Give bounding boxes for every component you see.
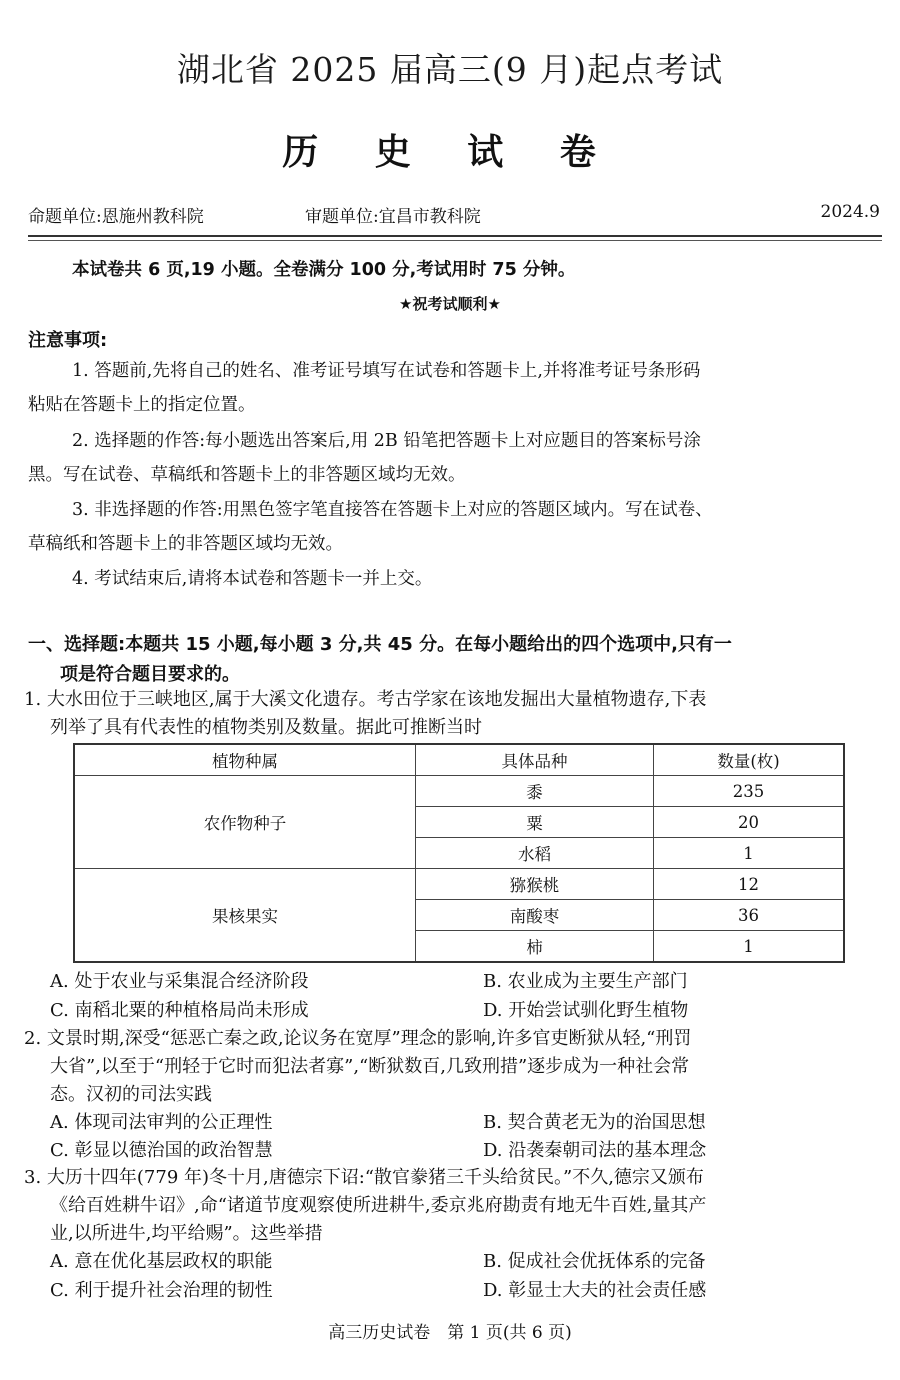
page-footer: 高三历史试卷 第 1 页(共 6 页) — [0, 1318, 900, 1343]
q3-option-d[interactable]: D. 彰显士大夫的社会责任感 — [483, 1276, 706, 1302]
table-cell: 柿 — [416, 931, 654, 963]
notice-item-1: 1. 答题前,先将自己的姓名、准考证号填写在试卷和答题卡上,并将准考证号条形码 … — [28, 354, 874, 422]
notice-item-text: 3. 非选择题的作答:用黑色签字笔直接答在答题卡上对应的答题区域内。写在试卷、 — [72, 500, 713, 520]
review-unit: 审题单位:宜昌市教科院 — [305, 202, 481, 227]
section-heading: 一、选择题:本题共 15 小题,每小题 3 分,共 45 分。在每小题给出的四个… — [28, 630, 874, 690]
notice-item-text: 1. 答题前,先将自己的姓名、准考证号填写在试卷和答题卡上,并将准考证号条形码 — [72, 361, 700, 381]
question-stem: 大省”,以至于“刑轻于它时而犯法者寡”,“断狱数百,几致刑措”逐步成为一种社会常 — [24, 1053, 874, 1081]
table-cell: 12 — [654, 869, 845, 900]
question-stem: 态。汉初的司法实践 — [24, 1081, 874, 1109]
q1-option-d[interactable]: D. 开始尝试驯化野生植物 — [483, 996, 688, 1022]
table-header-row: 植物种属 具体品种 数量(枚) — [74, 744, 844, 776]
q2-option-b[interactable]: B. 契合黄老无为的治国思想 — [483, 1108, 706, 1134]
table-header: 植物种属 — [74, 744, 416, 776]
question-2: 2. 文景时期,深受“惩恶亡秦之政,论议务在宽厚”理念的影响,许多官吏断狱从轻,… — [24, 1025, 874, 1109]
exam-title: 湖北省 2025 届高三(9 月)起点考试 — [0, 44, 900, 91]
question-3: 3. 大历十四年(779 年)冬十月,唐德宗下诏:“散官豢猪三千头给贫民。”不久… — [24, 1164, 874, 1248]
notice-item-3: 3. 非选择题的作答:用黑色签字笔直接答在答题卡上对应的答题区域内。写在试卷、 … — [28, 493, 874, 561]
notice-item-text: 黑。写在试卷、草稿纸和答题卡上的非答题区域均无效。 — [28, 458, 874, 492]
table-cell: 南酸枣 — [416, 900, 654, 931]
question-stem: 《给百姓耕牛诏》,命“诸道节度观察使所进耕牛,委京兆府勘责有地无牛百姓,量其产 — [24, 1192, 874, 1220]
exam-subject-title: 历 史 试 卷 — [0, 124, 900, 175]
q1-option-a[interactable]: A. 处于农业与采集混合经济阶段 — [50, 967, 308, 993]
section-heading-line: 一、选择题:本题共 15 小题,每小题 3 分,共 45 分。在每小题给出的四个… — [28, 630, 874, 660]
table-cell: 1 — [654, 838, 845, 869]
table-cell: 粟 — [416, 807, 654, 838]
q2-option-d[interactable]: D. 沿袭秦朝司法的基本理念 — [483, 1136, 706, 1162]
table-cell: 水稻 — [416, 838, 654, 869]
question-stem: 列举了具有代表性的植物类别及数量。据此可推断当时 — [24, 714, 874, 742]
table-cell: 235 — [654, 776, 845, 807]
q2-option-c[interactable]: C. 彰显以德治国的政治智慧 — [50, 1136, 273, 1162]
q3-option-a[interactable]: A. 意在优化基层政权的职能 — [50, 1247, 272, 1273]
table-cell-category: 农作物种子 — [74, 776, 416, 869]
question-1: 1. 大水田位于三峡地区,属于大溪文化遗存。考古学家在该地发掘出大量植物遗存,下… — [24, 686, 874, 742]
table-header: 数量(枚) — [654, 744, 845, 776]
question-stem: 业,以所进牛,均平给赐”。这些举措 — [24, 1220, 874, 1248]
header-divider-thin — [28, 240, 882, 241]
notice-item-text: 粘贴在答题卡上的指定位置。 — [28, 388, 874, 422]
table-row: 果核果实 猕猴桃 12 — [74, 869, 844, 900]
notice-title: 注意事项: — [28, 326, 107, 352]
q3-option-b[interactable]: B. 促成社会优抚体系的完备 — [483, 1247, 706, 1273]
notice-item-4: 4. 考试结束后,请将本试卷和答题卡一并上交。 — [28, 562, 874, 596]
exam-meta: 命题单位:恩施州教科院 审题单位:宜昌市教科院 2024.9 — [28, 202, 880, 227]
table-cell: 20 — [654, 807, 845, 838]
question-stem: 3. 大历十四年(779 年)冬十月,唐德宗下诏:“散官豢猪三千头给贫民。”不久… — [24, 1164, 874, 1192]
notice-item-text: 2. 选择题的作答:每小题选出答案后,用 2B 铅笔把答题卡上对应题目的答案标号… — [72, 431, 701, 451]
q2-option-a[interactable]: A. 体现司法审判的公正理性 — [50, 1108, 272, 1134]
table-row: 农作物种子 黍 235 — [74, 776, 844, 807]
table-cell: 1 — [654, 931, 845, 963]
q3-option-c[interactable]: C. 利于提升社会治理的韧性 — [50, 1276, 273, 1302]
q1-option-b[interactable]: B. 农业成为主要生产部门 — [483, 967, 688, 993]
question-stem: 2. 文景时期,深受“惩恶亡秦之政,论议务在宽厚”理念的影响,许多官吏断狱从轻,… — [24, 1025, 874, 1053]
good-luck-banner: ★祝考试顺利★ — [0, 293, 900, 314]
q1-option-c[interactable]: C. 南稻北粟的种植格局尚未形成 — [50, 996, 309, 1022]
exam-summary: 本试卷共 6 页,19 小题。全卷满分 100 分,考试用时 75 分钟。 — [72, 256, 575, 281]
table-cell-category: 果核果实 — [74, 869, 416, 963]
notice-item-text: 4. 考试结束后,请将本试卷和答题卡一并上交。 — [72, 569, 432, 589]
table-header: 具体品种 — [416, 744, 654, 776]
author-unit: 命题单位:恩施州教科院 — [28, 207, 204, 227]
notice-item-2: 2. 选择题的作答:每小题选出答案后,用 2B 铅笔把答题卡上对应题目的答案标号… — [28, 424, 874, 492]
header-divider — [28, 235, 882, 237]
table-cell: 36 — [654, 900, 845, 931]
notice-item-text: 草稿纸和答题卡上的非答题区域均无效。 — [28, 527, 874, 561]
table-cell: 猕猴桃 — [416, 869, 654, 900]
question-stem: 1. 大水田位于三峡地区,属于大溪文化遗存。考古学家在该地发掘出大量植物遗存,下… — [24, 686, 874, 714]
table-cell: 黍 — [416, 776, 654, 807]
exam-date: 2024.9 — [821, 202, 880, 222]
plant-remains-table: 植物种属 具体品种 数量(枚) 农作物种子 黍 235 粟 20 水稻 1 果核… — [73, 743, 845, 963]
